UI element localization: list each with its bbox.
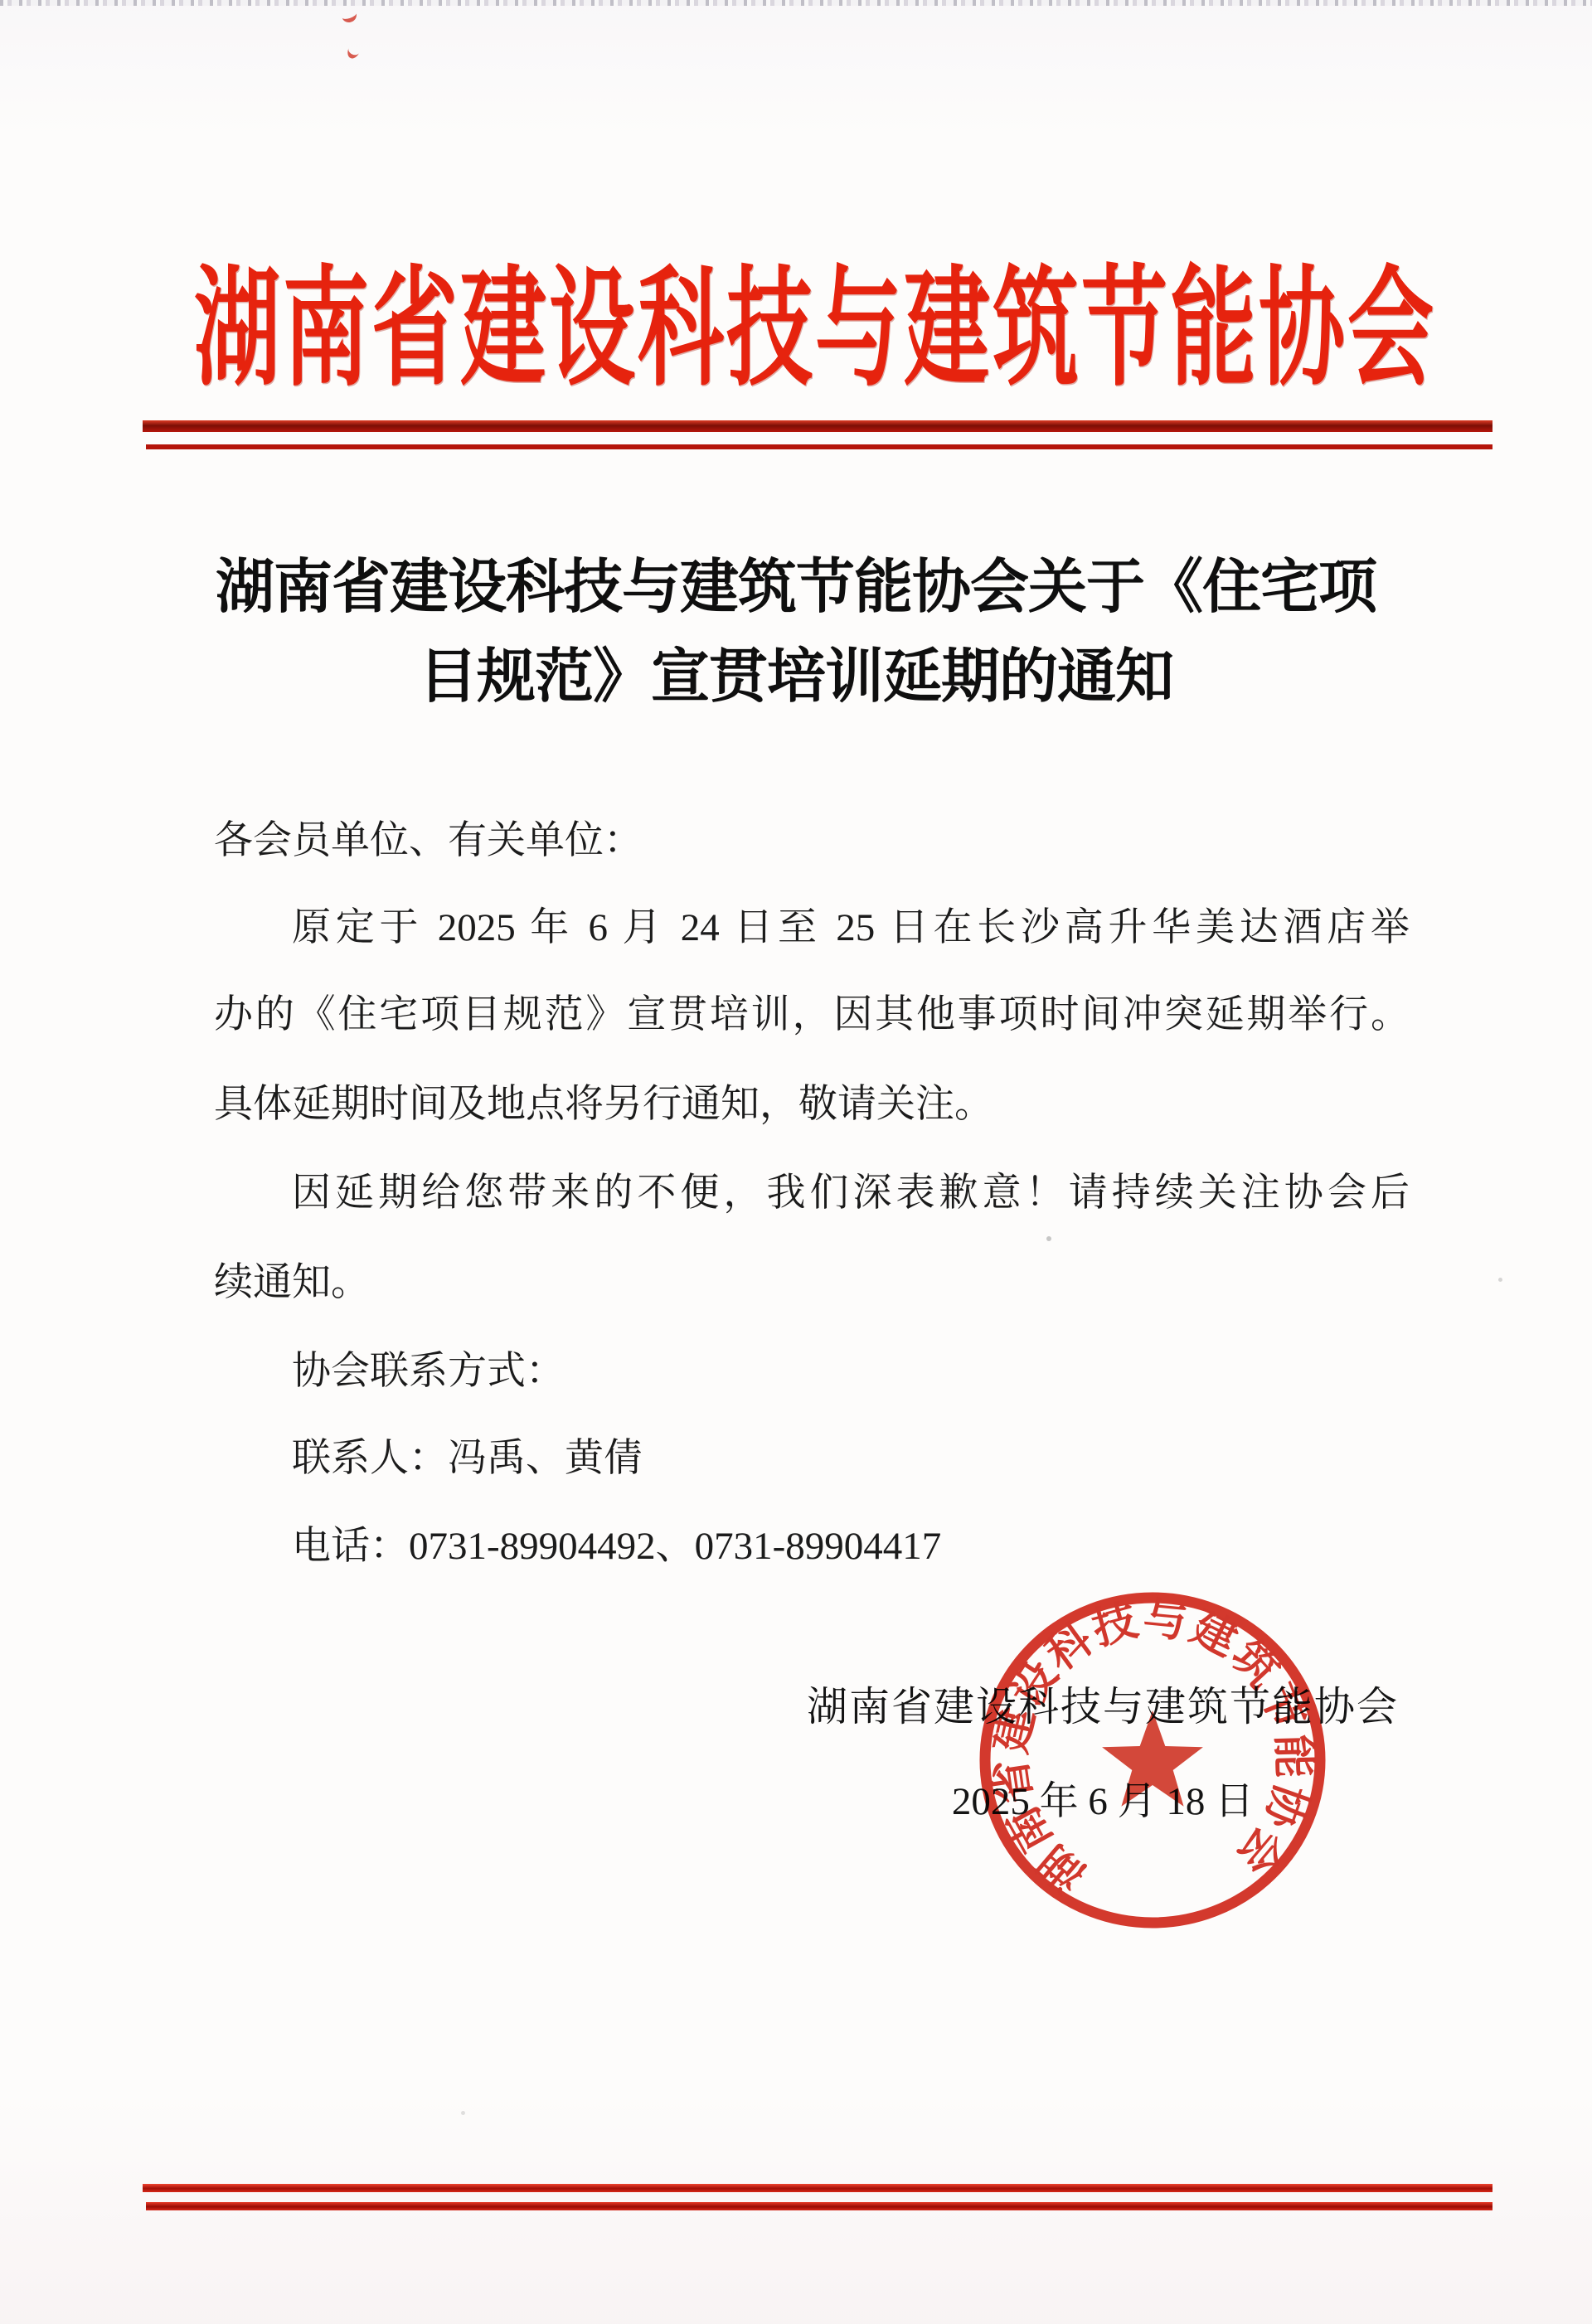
contact-phone-line: 电话：0731-89904492、0731-89904417 [214,1522,1410,1570]
doc-title-line-2: 目规范》宣贯培训延期的通知 [0,647,1592,708]
letterhead-rule-thin [146,444,1492,449]
salutation-line: 各会员单位、有关单位： [214,817,1410,865]
scanned-notice-page: 湖南省建设科技与建筑节能协会 湖南省建设科技与建筑节能协会关于《住宅项 目规范》… [0,0,1592,2324]
footer-rule-1 [143,2184,1492,2192]
red-ink-artifact [340,7,358,25]
letterhead-org-name: 湖南省建设科技与建筑节能协会 [0,266,1592,395]
para1-line-2: 办的《住宅项目规范》宣贯培训，因其他事项时间冲突延期举行。 [214,991,1410,1039]
contact-person-line: 联系人：冯禹、黄倩 [214,1434,1410,1482]
scan-speck [1046,1236,1051,1241]
para2-line-1: 因延期给您带来的不便，我们深表歉意！请持续关注协会后 [214,1169,1410,1217]
scan-speck [1498,1278,1502,1282]
para1-line-3: 具体延期时间及地点将另行通知，敬请关注。 [214,1080,1410,1128]
scan-speck [461,2111,465,2115]
doc-title-line-1: 湖南省建设科技与建筑节能协会关于《住宅项 [0,557,1592,619]
para1-line-1: 原定于 2025 年 6 月 24 日至 25 日在长沙高升华美达酒店举 [214,904,1410,952]
seal-star-icon [1102,1710,1203,1807]
footer-rule-2 [146,2202,1492,2210]
contact-header-line: 协会联系方式： [214,1347,1410,1395]
red-ink-artifact [345,40,362,61]
para2-line-2: 续通知。 [214,1259,1410,1307]
official-seal: 湖南省建设科技与建筑节能协会 [968,1578,1337,1946]
letterhead-rule-thick [143,420,1492,432]
scan-edge-artifact [0,0,1592,6]
